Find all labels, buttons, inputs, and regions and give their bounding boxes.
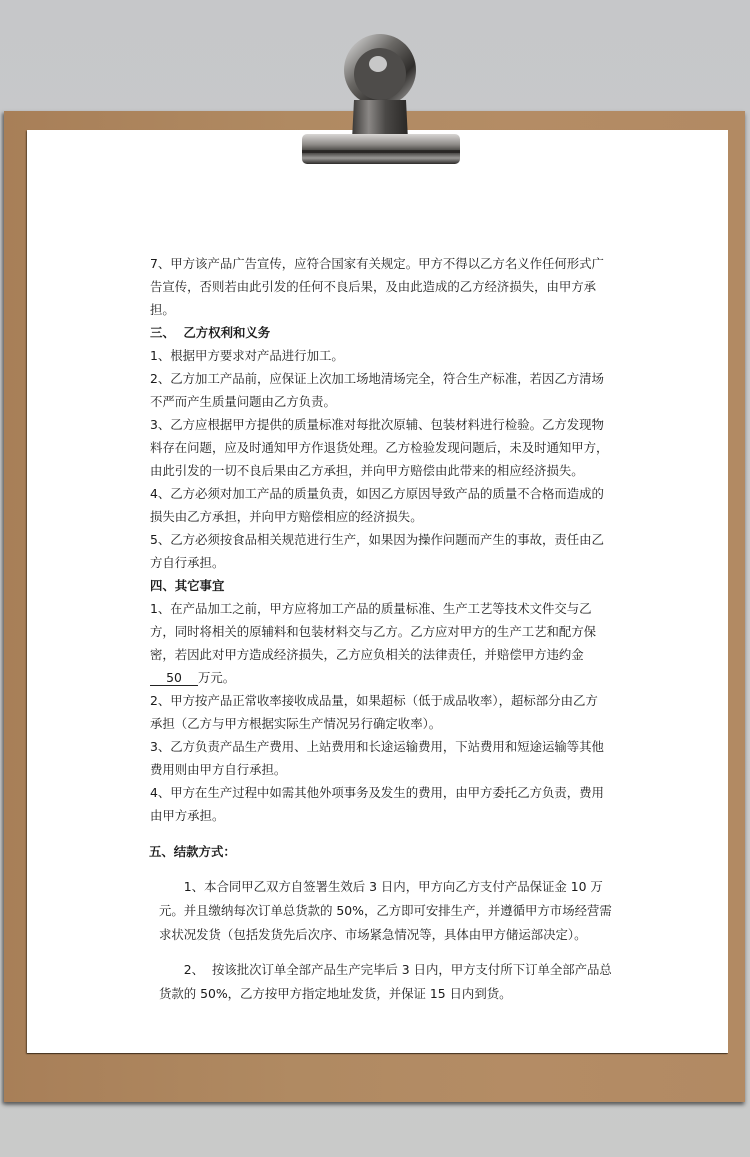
clause-4-3: 3、乙方负责产品生产费用、上站费用和长途运输费用，下站费用和短途运输等其他费用则…	[150, 735, 610, 781]
clause-4-2: 2、甲方按产品正常收率接收成品量，如果超标（低于成品收率），超标部分由乙方承担（…	[150, 689, 610, 735]
clause-3-3: 3、乙方应根据甲方提供的质量标准对每批次原辅、包装材料进行检验。乙方发现物料存在…	[150, 413, 610, 482]
clause-7: 7、甲方该产品广告宣传，应符合国家有关规定。甲方不得以乙方名义作任何形式广告宣传…	[150, 252, 610, 321]
contract-text: 7、甲方该产品广告宣传，应符合国家有关规定。甲方不得以乙方名义作任何形式广告宣传…	[150, 252, 610, 1017]
clause-3-4: 4、乙方必须对加工产品的质量负责，如因乙方原因导致产品的质量不合格而造成的损失由…	[150, 482, 610, 528]
binder-clip-icon	[300, 22, 470, 172]
clause-5-1: 1、本合同甲乙双方自签署生效后 3 日内，甲方向乙方支付产品保证金 10 万元。…	[159, 875, 619, 947]
clause-4-1-text: 1、在产品加工之前，甲方应将加工产品的质量标准、生产工艺等技术文件交与乙方，同时…	[150, 601, 596, 662]
clause-3-5: 5、乙方必须按食品相关规范进行生产，如果因为操作问题而产生的事故，责任由乙方自行…	[150, 528, 610, 574]
section-5-heading: 五、结款方式：	[149, 840, 610, 863]
penalty-amount: 50	[150, 670, 198, 686]
section-3-heading: 三、 乙方权利和义务	[150, 321, 610, 344]
clause-4-1: 1、在产品加工之前，甲方应将加工产品的质量标准、生产工艺等技术文件交与乙方，同时…	[150, 597, 610, 689]
clause-5-2: 2、 按该批次订单全部产品生产完毕后 3 日内，甲方支付所下订单全部产品总货款的…	[159, 958, 619, 1006]
section-4-heading: 四、其它事宜	[150, 574, 610, 597]
clause-3-2: 2、乙方加工产品前，应保证上次加工场地清场完全，符合生产标准，若因乙方清场不严而…	[150, 367, 610, 413]
clause-4-1-unit: 万元。	[198, 670, 235, 685]
clause-3-1: 1、根据甲方要求对产品进行加工。	[150, 344, 610, 367]
clause-4-4: 4、甲方在生产过程中如需其他外项事务及发生的费用，由甲方委托乙方负责，费用由甲方…	[150, 781, 610, 827]
